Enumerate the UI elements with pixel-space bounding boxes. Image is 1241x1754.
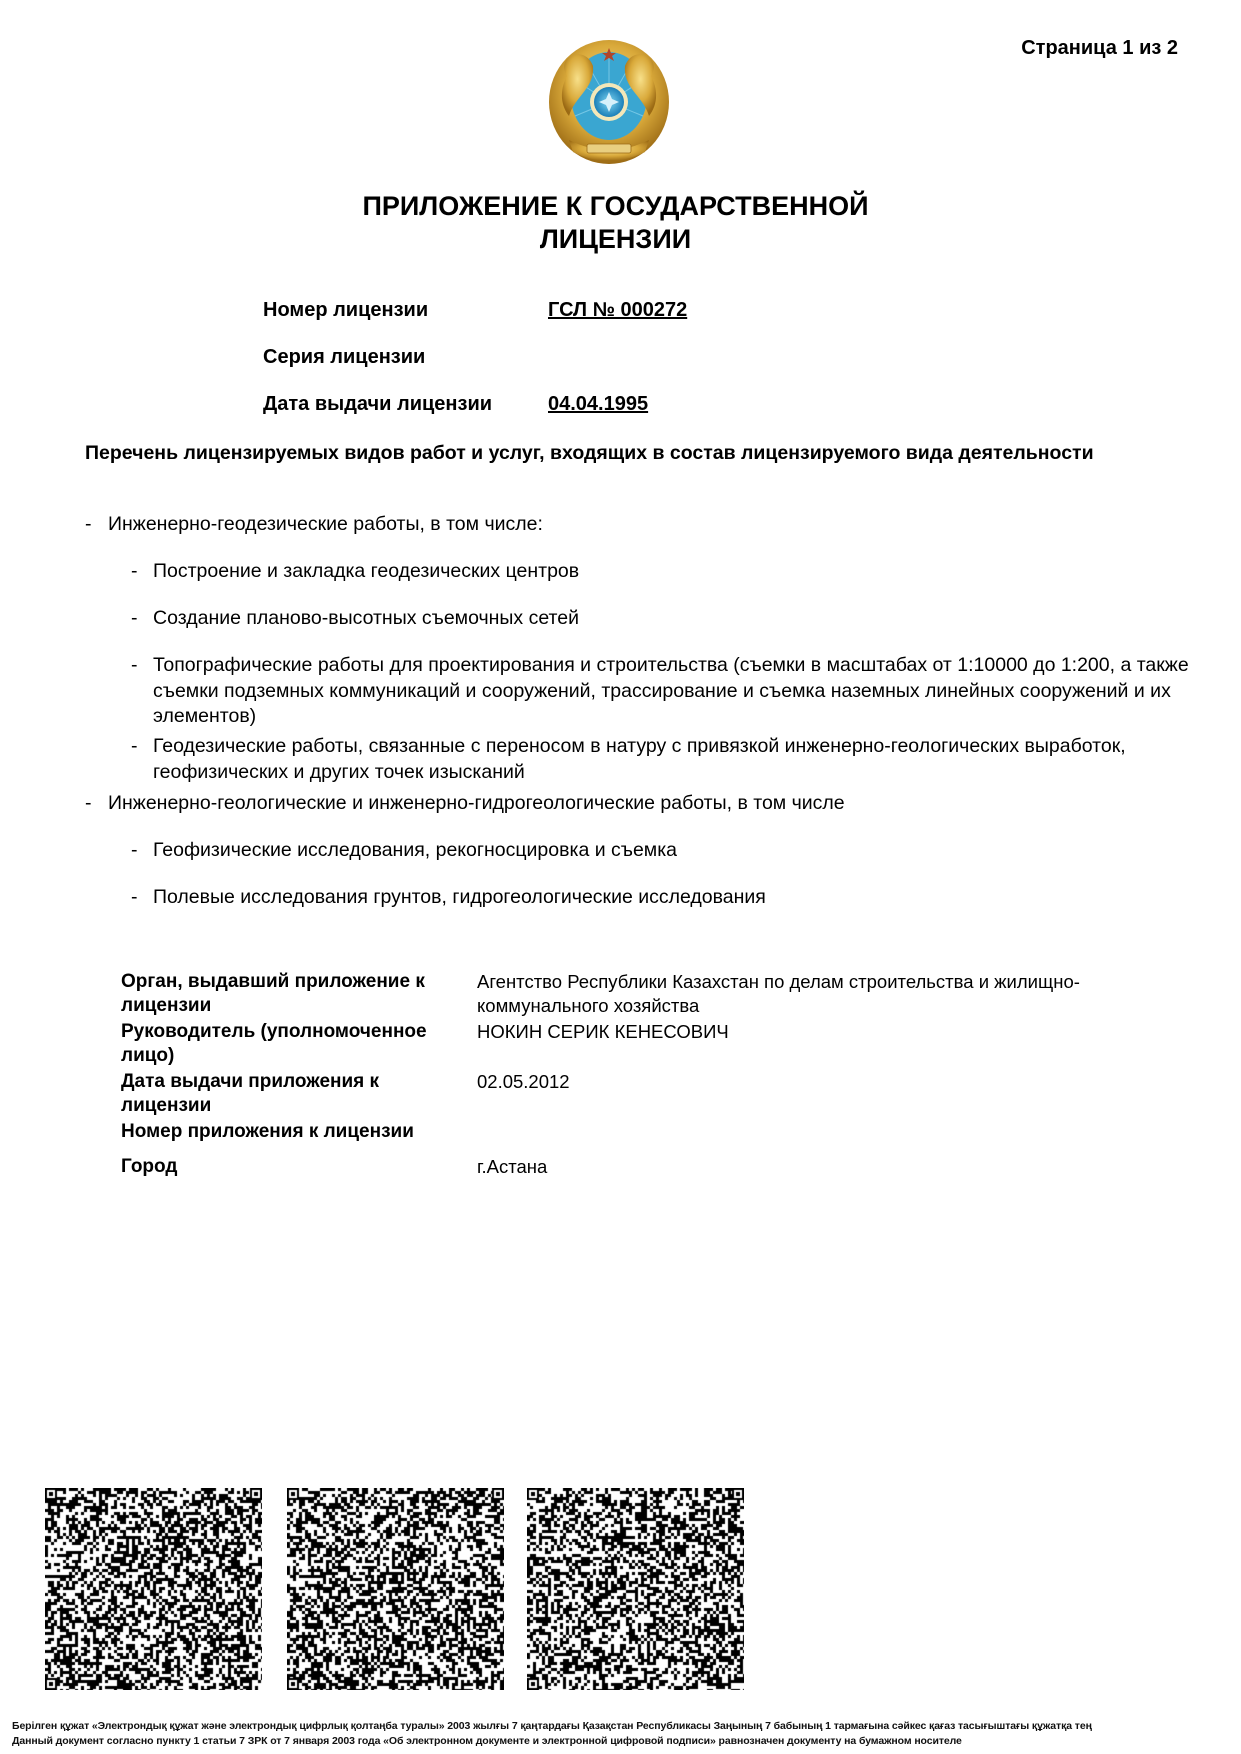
state-emblem-icon [545,36,673,170]
title-line-1: ПРИЛОЖЕНИЕ К ГОСУДАРСТВЕННОЙ [0,190,1231,223]
list-item: -Инженерно-геодезические работы, в том ч… [85,512,1185,538]
list-item: -Полевые исследования грунтов, гидрогеол… [131,885,1191,911]
footer-line-kz: Берілген құжат «Электрондық құжат және э… [12,1719,1092,1734]
works-heading: Перечень лицензируемых видов работ и усл… [85,441,1175,466]
list-item: -Построение и закладка геодезических цен… [131,559,1191,585]
list-item: -Геофизические исследования, рекогносцир… [131,838,1191,864]
dash-bullet: - [85,791,92,817]
legal-footer: Берілген құжат «Электрондық құжат және э… [12,1719,1092,1748]
dash-bullet: - [131,606,138,632]
issuer-value: г.Астана [477,1155,1097,1179]
license-date-label: Дата выдачи лицензии [263,393,548,416]
title-line-2: ЛИЦЕНЗИИ [0,223,1231,256]
issuer-value: НОКИН СЕРИК КЕНЕСОВИЧ [477,1020,1097,1044]
dash-bullet: - [131,838,138,864]
dash-bullet: - [131,559,138,585]
license-number-row: Номер лицензииГСЛ № 000272 [263,299,687,322]
license-series-label: Серия лицензии [263,346,548,369]
dash-bullet: - [131,885,138,911]
license-series-row: Серия лицензии [263,346,548,369]
footer-line-ru: Данный документ согласно пункту 1 статьи… [12,1734,1092,1749]
page-number: Страница 1 из 2 [1021,37,1178,60]
qr-code-3 [527,1488,744,1690]
issuer-label: Номер приложения к лицензии [121,1120,456,1144]
license-number-label: Номер лицензии [263,299,548,322]
issuer-value: 02.05.2012 [477,1070,1097,1094]
dash-bullet: - [85,512,92,538]
license-date-row: Дата выдачи лицензии04.04.1995 [263,393,648,416]
list-item: -Геодезические работы, связанные с перен… [131,734,1191,785]
issuer-label: Город [121,1155,456,1179]
dash-bullet: - [131,653,138,679]
list-item: -Топографические работы для проектирован… [131,653,1191,730]
list-item: -Создание планово-высотных съемочных сет… [131,606,1191,632]
license-number-value: ГСЛ № 000272 [548,299,687,321]
issuer-label: Орган, выдавший приложение к лицензии [121,970,456,1018]
issuer-label: Дата выдачи приложения к лицензии [121,1070,456,1118]
dash-bullet: - [131,734,138,760]
qr-code-2 [287,1488,504,1690]
license-date-value: 04.04.1995 [548,393,648,415]
issuer-label: Руководитель (уполномоченное лицо) [121,1020,456,1068]
document-title: ПРИЛОЖЕНИЕ К ГОСУДАРСТВЕННОЙ ЛИЦЕНЗИИ [0,190,1231,256]
qr-code-1 [45,1488,262,1690]
list-item: -Инженерно-геологические и инженерно-гид… [85,791,1185,817]
issuer-value: Агентство Республики Казахстан по делам … [477,970,1097,1018]
